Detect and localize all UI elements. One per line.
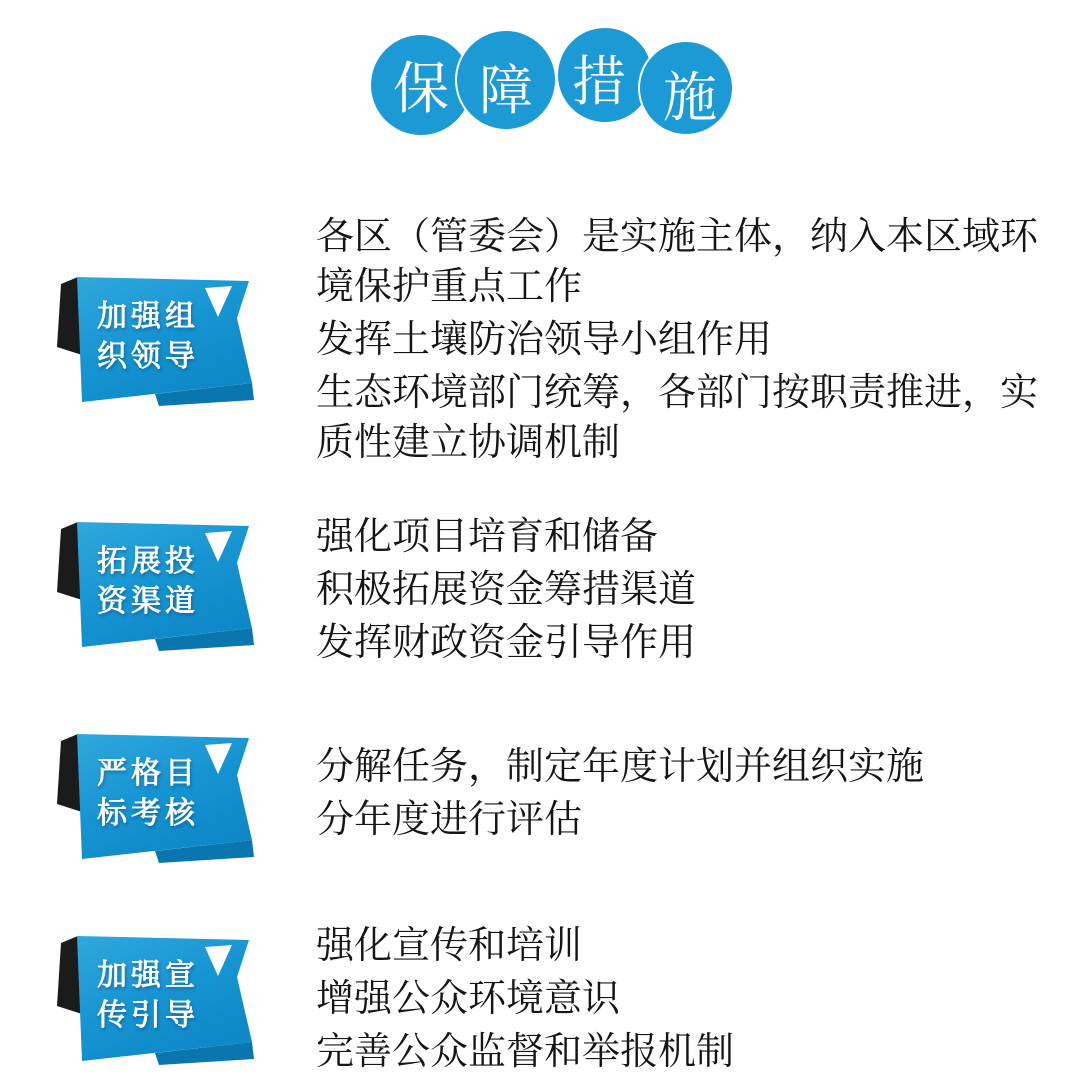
- title-char: 施: [663, 55, 717, 132]
- infographic-page: 保 障 措 施 加强组织领导 各区（管委会）是实施主体，纳入本区域环境保护重点工…: [0, 0, 1080, 1088]
- section-items: 分解任务，制定年度计划并组织实施分年度进行评估: [316, 742, 1064, 848]
- text-item: 发挥土壤防治领导小组作用: [316, 315, 1064, 365]
- text-item: 各区（管委会）是实施主体，纳入本区域环境保护重点工作: [316, 212, 1064, 312]
- section-ribbon-investment: 拓展投资渠道: [55, 520, 255, 652]
- text-item: 强化宣传和培训: [316, 921, 1064, 971]
- section-items: 各区（管委会）是实施主体，纳入本区域环境保护重点工作发挥土壤防治领导小组作用生态…: [316, 212, 1064, 471]
- title-circle: 施: [638, 40, 734, 136]
- text-item: 生态环境部门统筹，各部门按职责推进，实质性建立协调机制: [316, 368, 1064, 468]
- title-char: 措: [572, 39, 626, 116]
- section-label: 加强宣传引导: [97, 956, 247, 1036]
- title-circle: 障: [455, 29, 557, 131]
- section-label: 拓展投资渠道: [97, 542, 247, 622]
- section-items: 强化项目培育和储备积极拓展资金筹措渠道发挥财政资金引导作用: [316, 512, 1064, 671]
- text-item: 强化项目培育和储备: [316, 512, 1064, 562]
- text-item: 分解任务，制定年度计划并组织实施: [316, 742, 1064, 792]
- section-ribbon-organization: 加强组织领导: [55, 275, 255, 407]
- section-ribbon-assessment: 严格目标考核: [55, 732, 255, 864]
- text-item: 分年度进行评估: [316, 795, 1064, 845]
- title-char: 障: [479, 48, 533, 125]
- section-ribbon-publicity: 加强宣传引导: [55, 934, 255, 1066]
- section-items: 强化宣传和培训增强公众环境意识完善公众监督和举报机制: [316, 921, 1064, 1080]
- title-char: 保: [393, 45, 449, 125]
- text-item: 增强公众环境意识: [316, 974, 1064, 1024]
- section-label: 加强组织领导: [97, 297, 247, 377]
- page-title: 保 障 措 施: [0, 0, 1080, 160]
- text-item: 发挥财政资金引导作用: [316, 618, 1064, 668]
- section-label: 严格目标考核: [97, 754, 247, 834]
- text-item: 完善公众监督和举报机制: [316, 1027, 1064, 1077]
- text-item: 积极拓展资金筹措渠道: [316, 565, 1064, 615]
